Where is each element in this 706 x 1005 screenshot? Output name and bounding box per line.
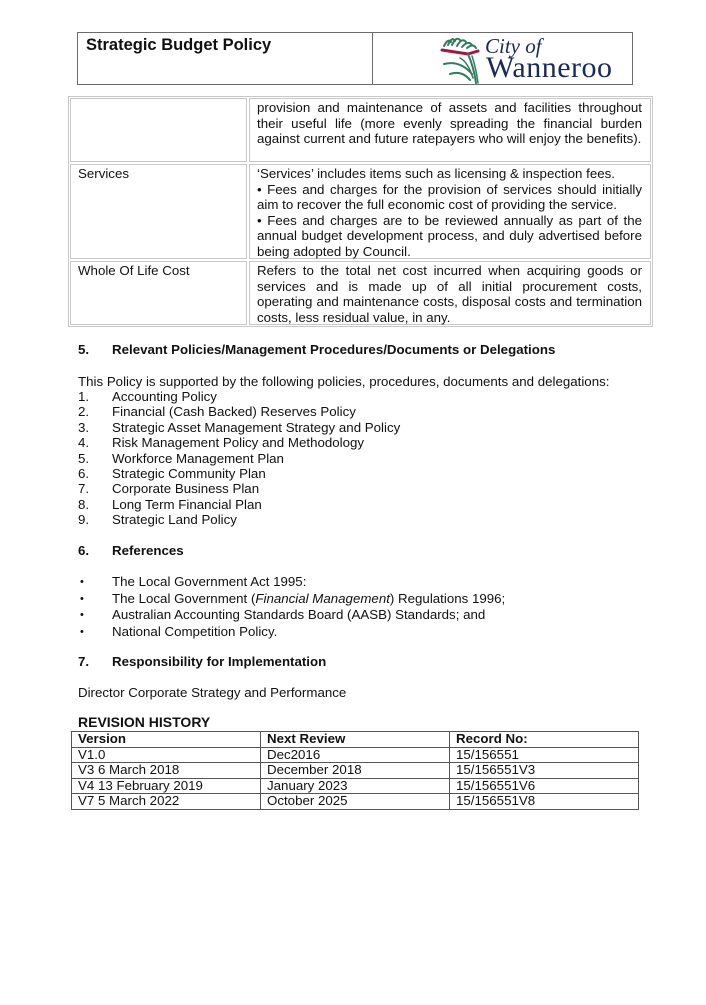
section-5-heading: 5.Relevant Policies/Management Procedure…	[78, 342, 555, 357]
definition-term: Services	[70, 164, 247, 259]
definition-term: Whole Of Life Cost	[70, 261, 247, 325]
section-7-text: Director Corporate Strategy and Performa…	[78, 685, 346, 700]
column-header: Version	[72, 732, 261, 748]
list-item: •The Local Government Act 1995:	[78, 574, 505, 591]
section-number: 6.	[78, 543, 112, 558]
list-item: •Australian Accounting Standards Board (…	[78, 607, 505, 624]
definition-description: ‘Services’ includes items such as licens…	[249, 164, 651, 259]
table-cell: V4 13 February 2019	[72, 778, 261, 794]
kangaroo-paw-icon	[438, 34, 486, 84]
table-cell: V7 5 March 2022	[72, 794, 261, 810]
list-text: Accounting Policy	[112, 389, 217, 404]
list-text: Strategic Asset Management Strategy and …	[112, 420, 400, 435]
list-item: 1.Accounting Policy	[78, 389, 400, 404]
list-item: 9.Strategic Land Policy	[78, 512, 400, 527]
table-cell: 15/156551V3	[450, 763, 639, 779]
bullet-icon: •	[78, 607, 112, 624]
list-text: The Local Government (Financial Manageme…	[112, 591, 505, 608]
list-text: Strategic Land Policy	[112, 512, 237, 527]
list-item: 7.Corporate Business Plan	[78, 481, 400, 496]
list-item: 4.Risk Management Policy and Methodology	[78, 435, 400, 450]
table-cell: V3 6 March 2018	[72, 763, 261, 779]
table-cell: 15/156551V8	[450, 794, 639, 810]
table-cell: December 2018	[261, 763, 450, 779]
section-title: Responsibility for Implementation	[112, 654, 326, 669]
list-item: 3.Strategic Asset Management Strategy an…	[78, 420, 400, 435]
section-number: 5.	[78, 342, 112, 357]
list-text: Strategic Community Plan	[112, 466, 266, 481]
table-cell: V1.0	[72, 747, 261, 763]
section-5-intro: This Policy is supported by the followin…	[78, 374, 609, 389]
list-text: National Competition Policy.	[112, 624, 277, 641]
list-item: •National Competition Policy.	[78, 624, 505, 641]
bullet-icon: •	[78, 591, 112, 608]
table-header-row: Version Next Review Record No:	[72, 732, 639, 748]
section-number: 7.	[78, 654, 112, 669]
section-7-heading: 7.Responsibility for Implementation	[78, 654, 326, 669]
header-divider	[372, 33, 373, 84]
list-number: 7.	[78, 481, 112, 496]
list-item: 2.Financial (Cash Backed) Reserves Polic…	[78, 404, 400, 419]
list-text: The Local Government Act 1995:	[112, 574, 306, 591]
list-text: Long Term Financial Plan	[112, 497, 262, 512]
document-title: Strategic Budget Policy	[86, 36, 271, 55]
references-list: •The Local Government Act 1995: •The Loc…	[78, 574, 505, 640]
definition-paragraph: Refers to the total net cost incurred wh…	[257, 263, 642, 325]
definition-paragraph: • Fees and charges for the provision of …	[257, 182, 642, 213]
revision-history-title: REVISION HISTORY	[78, 714, 210, 730]
list-text: Workforce Management Plan	[112, 451, 284, 466]
table-cell: 15/156551	[450, 747, 639, 763]
list-text: Financial (Cash Backed) Reserves Policy	[112, 404, 356, 419]
table-cell: 15/156551V6	[450, 778, 639, 794]
list-item: •The Local Government (Financial Managem…	[78, 591, 505, 608]
bullet-icon: •	[78, 624, 112, 641]
table-row: V1.0 Dec2016 15/156551	[72, 747, 639, 763]
revision-history-table: Version Next Review Record No: V1.0 Dec2…	[71, 731, 639, 810]
list-item: 8.Long Term Financial Plan	[78, 497, 400, 512]
definition-paragraph: ‘Services’ includes items such as licens…	[257, 166, 642, 182]
list-number: 5.	[78, 451, 112, 466]
table-cell: January 2023	[261, 778, 450, 794]
column-header: Record No:	[450, 732, 639, 748]
list-number: 2.	[78, 404, 112, 419]
related-policies-list: 1.Accounting Policy 2.Financial (Cash Ba…	[78, 389, 400, 528]
table-cell: October 2025	[261, 794, 450, 810]
table-row: V7 5 March 2022 October 2025 15/156551V8	[72, 794, 639, 810]
list-number: 9.	[78, 512, 112, 527]
definition-row: Whole Of Life Cost Refers to the total n…	[70, 261, 651, 325]
document-header: Strategic Budget Policy City of Wanneroo	[77, 32, 633, 85]
column-header: Next Review	[261, 732, 450, 748]
table-row: V3 6 March 2018 December 2018 15/156551V…	[72, 763, 639, 779]
bullet-icon: •	[78, 574, 112, 591]
table-row: V4 13 February 2019 January 2023 15/1565…	[72, 778, 639, 794]
list-item: 5.Workforce Management Plan	[78, 451, 400, 466]
definition-paragraph: provision and maintenance of assets and …	[257, 100, 642, 147]
definitions-table: provision and maintenance of assets and …	[68, 96, 653, 327]
list-text: Australian Accounting Standards Board (A…	[112, 607, 485, 624]
list-number: 6.	[78, 466, 112, 481]
definition-description: Refers to the total net cost incurred wh…	[249, 261, 651, 325]
section-6-heading: 6.References	[78, 543, 184, 558]
definition-description: provision and maintenance of assets and …	[249, 98, 651, 162]
list-number: 1.	[78, 389, 112, 404]
list-item: 6.Strategic Community Plan	[78, 466, 400, 481]
list-number: 8.	[78, 497, 112, 512]
section-title: Relevant Policies/Management Procedures/…	[112, 342, 555, 357]
table-cell: Dec2016	[261, 747, 450, 763]
list-text: Risk Management Policy and Methodology	[112, 435, 364, 450]
definition-row: provision and maintenance of assets and …	[70, 98, 651, 162]
city-of-wanneroo-logo: City of Wanneroo	[438, 34, 628, 84]
list-number: 3.	[78, 420, 112, 435]
definition-row: Services ‘Services’ includes items such …	[70, 164, 651, 259]
definition-term	[70, 98, 247, 162]
list-number: 4.	[78, 435, 112, 450]
logo-text-wanneroo: Wanneroo	[486, 51, 613, 85]
list-text: Corporate Business Plan	[112, 481, 259, 496]
definition-paragraph: • Fees and charges are to be reviewed an…	[257, 213, 642, 260]
section-title: References	[112, 543, 184, 558]
